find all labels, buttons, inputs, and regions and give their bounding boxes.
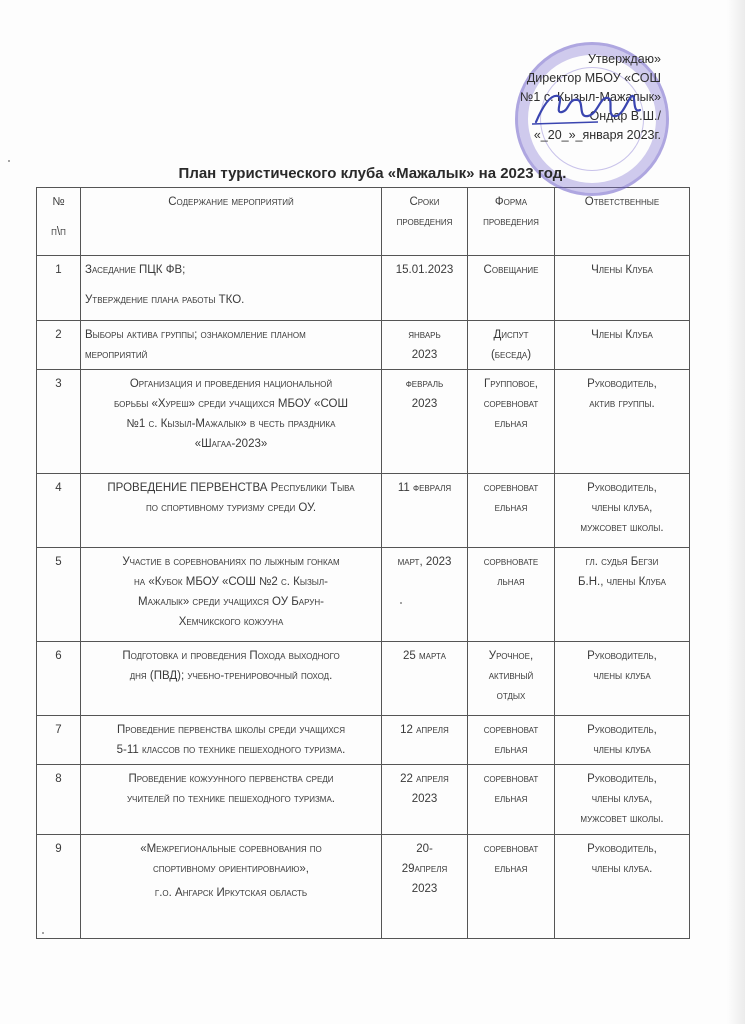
cell-number: 9 [37,835,81,939]
cell-form-line: Групповое, [472,374,550,394]
cell-responsible-line: Руководитель, [559,478,685,498]
cell-responsible-line: Руководитель, [559,769,685,789]
signature-icon [528,88,648,128]
cell-responsible: Члены Клуба [555,321,690,370]
cell-content-line: спортивному ориентировнаию», [85,859,377,879]
cell-number: 6 [37,642,81,716]
cell-number: 7 [37,716,81,765]
header-form: Форма проведения [468,188,555,256]
cell-dates: 12 апреля [382,716,468,765]
cell-dates: 11 февраля [382,474,468,548]
cell-responsible: Руководитель,члены клуба,мужсовет школы. [555,765,690,835]
table-row: 8Проведение кожуунного первенства средиу… [37,765,690,835]
cell-content: Проведение первенства школы среди учащих… [81,716,382,765]
cell-content: ПРОВЕДЕНИЕ ПЕРВЕНСТВА Республики Тывапо … [81,474,382,548]
cell-form-line: ельная [472,789,550,809]
cell-dates: 15.01.2023 [382,256,468,321]
cell-dates: 22 апреля2023 [382,765,468,835]
cell-responsible-line: мужсовет школы. [559,809,685,829]
cell-form-line: сорвновате [472,552,550,572]
scan-speck [400,602,402,604]
cell-dates-line: 29апреля [386,859,463,879]
cell-dates-line: 2023 [386,345,463,365]
cell-content-line: ПРОВЕДЕНИЕ ПЕРВЕНСТВА Республики Тыва [85,478,377,498]
cell-content: Подготовка и проведения Похода выходного… [81,642,382,716]
approval-line: «_20_»_января 2023г. [520,126,661,145]
cell-dates: март, 2023 [382,548,468,642]
cell-content-line: г.о. Ангарск Иркутская область [85,883,377,903]
cell-dates-line: 25 марта [386,646,463,666]
table-row: 6Подготовка и проведения Похода выходног… [37,642,690,716]
cell-dates-line: 20- [386,839,463,859]
cell-responsible: Руководитель,члены клуба [555,716,690,765]
cell-form: соревновательная [468,835,555,939]
cell-dates-line: март, 2023 [386,552,463,572]
cell-content-line: учителей по технике пешеходного туризма. [85,789,377,809]
cell-form: соревновательная [468,716,555,765]
cell-content-line: 5-11 классов по технике пешеходного тури… [85,740,377,760]
page-title: План туристического клуба «Мажалык» на 2… [0,165,745,182]
cell-dates: 25 марта [382,642,468,716]
cell-form-line: льная [472,572,550,592]
cell-form-line: отдых [472,686,550,706]
cell-form-line: ельная [472,414,550,434]
cell-responsible-line: члены клуба. [559,859,685,879]
cell-responsible: Руководитель,члены клуба,мужсовет школы. [555,474,690,548]
cell-responsible: гл. судья БегзиБ.Н., члены Клуба [555,548,690,642]
cell-number: 3 [37,370,81,474]
cell-content-line: Подготовка и проведения Похода выходного [85,646,377,666]
cell-responsible-line: Б.Н., члены Клуба [559,572,685,592]
header-number-line: № [41,192,76,212]
cell-form-line: Совещание [472,260,550,280]
cell-content: Организация и проведения национальнойбор… [81,370,382,474]
cell-form: Групповое,соревновательная [468,370,555,474]
cell-content-line: по спортивному туризму среди ОУ. [85,498,377,518]
table-row: 5Участие в соревнованиях по лыжным гонка… [37,548,690,642]
header-form-line: проведения [472,212,550,232]
approval-line: Утверждаю» [520,50,661,69]
cell-number: 8 [37,765,81,835]
cell-responsible: Руководитель,актив группы. [555,370,690,474]
cell-form-line: активный [472,666,550,686]
cell-form-line: ельная [472,498,550,518]
cell-form-line: Урочное, [472,646,550,666]
header-number: № п\п [37,188,81,256]
cell-number: 5 [37,548,81,642]
cell-number: 2 [37,321,81,370]
cell-responsible-line: гл. судья Бегзи [559,552,685,572]
cell-dates: январь2023 [382,321,468,370]
header-dates-line: проведения [386,212,463,232]
cell-content-line: дня (ПВД); учебно-тренировочный поход. [85,666,377,686]
cell-responsible-line: члены клуба [559,666,685,686]
cell-content-line: «Межрегиональные соревнования по [85,839,377,859]
cell-responsible-line: члены клуба, [559,498,685,518]
table-row: 4ПРОВЕДЕНИЕ ПЕРВЕНСТВА Республики Тывапо… [37,474,690,548]
cell-responsible-line: Руководитель, [559,839,685,859]
cell-dates-line: 12 апреля [386,720,463,740]
cell-form-line: ельная [472,859,550,879]
cell-form-line: ельная [472,740,550,760]
cell-dates-line: 15.01.2023 [386,260,463,280]
cell-content-line: Проведение первенства школы среди учащих… [85,720,377,740]
cell-dates-line: февраль [386,374,463,394]
cell-form: Диспут(беседа) [468,321,555,370]
cell-dates: февраль2023 [382,370,468,474]
cell-form-line: соревноват [472,394,550,414]
header-content: Содержание мероприятий [81,188,382,256]
events-table: № п\п Содержание мероприятий Сроки прове… [36,187,690,939]
cell-form: Совещание [468,256,555,321]
cell-content-line: Организация и проведения национальной [85,374,377,394]
cell-responsible-line: члены клуба [559,740,685,760]
table-row: 3Организация и проведения национальнойбо… [37,370,690,474]
cell-number: 1 [37,256,81,321]
cell-responsible-line: Члены Клуба [559,325,685,345]
cell-dates-line: 2023 [386,879,463,899]
cell-form: сорвновательная [468,548,555,642]
cell-content-line: борьбы «Хуреш» среди учащихся МБОУ «СОШ [85,394,377,414]
cell-content-line: Хемчикского кожууна [85,612,377,632]
cell-dates-line: 11 февраля [386,478,463,498]
cell-form-line: (беседа) [472,345,550,365]
document-page: Утверждаю» Директор МБОУ «СОШ №1 с. Кызы… [0,0,745,1024]
cell-content: Участие в соревнованиях по лыжным гонкам… [81,548,382,642]
cell-content-line: «Шагаа-2023» [85,434,377,454]
cell-content-line: Проведение кожуунного первенства среди [85,769,377,789]
cell-responsible: Руководитель,члены клуба [555,642,690,716]
cell-responsible-line: Руководитель, [559,720,685,740]
cell-form-line: соревноват [472,839,550,859]
cell-content: Выборы актива группы; ознакомление плано… [81,321,382,370]
scan-speck [42,932,44,934]
cell-responsible-line: актив группы. [559,394,685,414]
cell-content-line: на «Кубок МБОУ «СОШ №2 с. Кызыл- [85,572,377,592]
cell-dates-line: 2023 [386,394,463,414]
cell-dates-line: 22 апреля [386,769,463,789]
cell-form: соревновательная [468,474,555,548]
header-responsible: Ответственные [555,188,690,256]
cell-dates-line: январь [386,325,463,345]
table-row: 7Проведение первенства школы среди учащи… [37,716,690,765]
cell-responsible: Руководитель,члены клуба. [555,835,690,939]
cell-content-line: Выборы актива группы; ознакомление плано… [85,325,377,345]
table-row: 9«Межрегиональные соревнования поспортив… [37,835,690,939]
cell-content: Заседание ПЦК ФВ;Утверждение плана работ… [81,256,382,321]
cell-responsible-line: Члены Клуба [559,260,685,280]
table-body: 1Заседание ПЦК ФВ;Утверждение плана рабо… [37,256,690,939]
cell-form-line: соревноват [472,720,550,740]
cell-content-line: мероприятий [85,345,377,365]
header-dates: Сроки проведения [382,188,468,256]
cell-content: «Межрегиональные соревнования поспортивн… [81,835,382,939]
cell-form-line: Диспут [472,325,550,345]
cell-content-line: Заседание ПЦК ФВ; [85,260,377,280]
cell-number: 4 [37,474,81,548]
table-row: 2Выборы актива группы; ознакомление план… [37,321,690,370]
table-row: 1Заседание ПЦК ФВ;Утверждение плана рабо… [37,256,690,321]
header-form-line: Форма [472,192,550,212]
approval-line: Директор МБОУ «СОШ [520,69,661,88]
scan-edge-shadow [727,0,745,1024]
cell-content-line: Мажалык» среди учащихся ОУ Барун- [85,592,377,612]
cell-dates-line: 2023 [386,789,463,809]
cell-dates: 20-29апреля2023 [382,835,468,939]
cell-form: соревновательная [468,765,555,835]
cell-form-line: соревноват [472,769,550,789]
cell-content: Проведение кожуунного первенства средиуч… [81,765,382,835]
table-header-row: № п\п Содержание мероприятий Сроки прове… [37,188,690,256]
cell-form: Урочное,активныйотдых [468,642,555,716]
cell-content-line: №1 с. Кызыл-Мажалык» в честь праздника [85,414,377,434]
cell-responsible: Члены Клуба [555,256,690,321]
cell-responsible-line: мужсовет школы. [559,518,685,538]
cell-form-line: соревноват [472,478,550,498]
scan-speck [8,160,10,162]
cell-responsible-line: Руководитель, [559,646,685,666]
cell-responsible-line: Руководитель, [559,374,685,394]
cell-responsible-line: члены клуба, [559,789,685,809]
header-dates-line: Сроки [386,192,463,212]
header-number-line: п\п [41,222,76,242]
cell-content-line: Участие в соревнованиях по лыжным гонкам [85,552,377,572]
cell-content-line: Утверждение плана работы ТКО. [85,290,377,310]
